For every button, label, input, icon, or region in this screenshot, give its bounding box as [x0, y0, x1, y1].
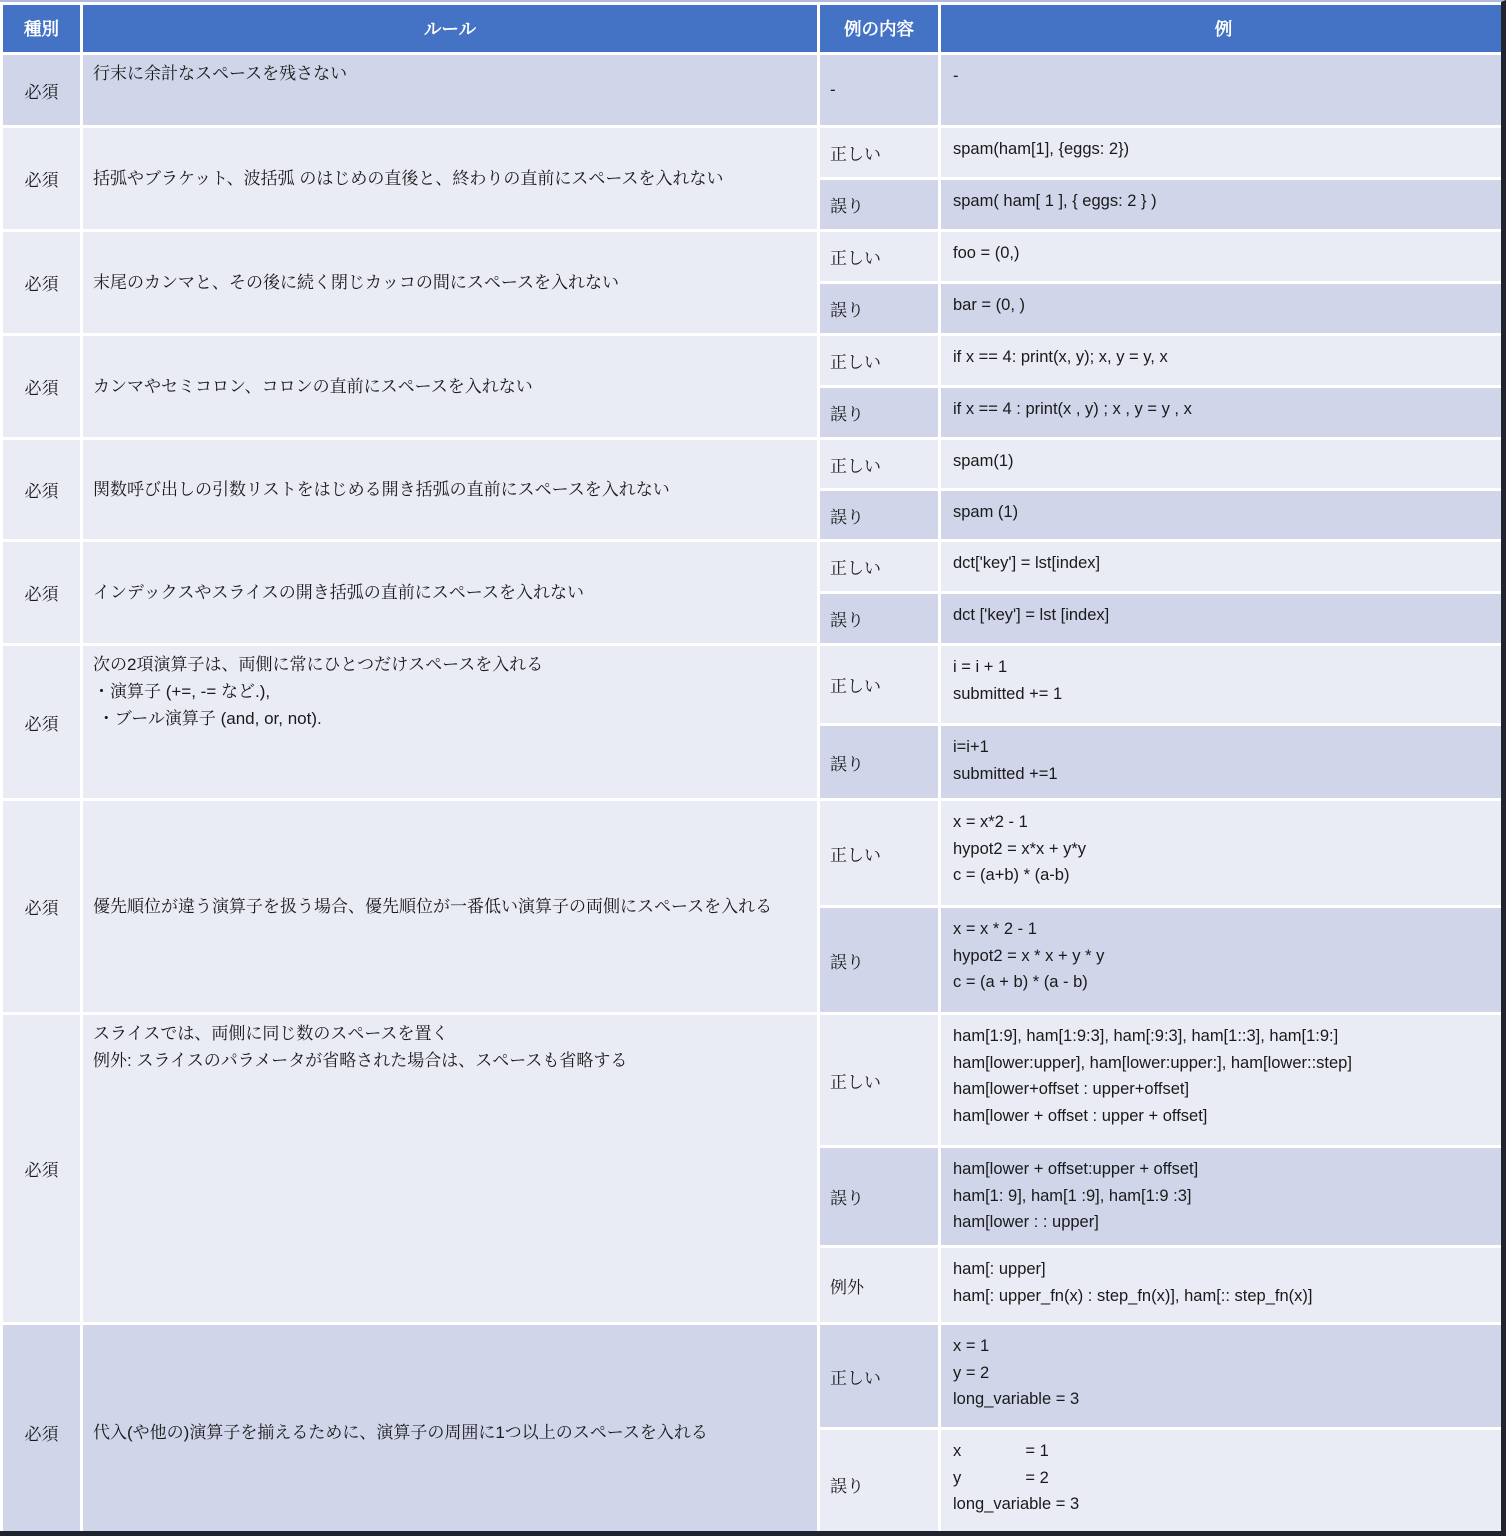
rule-cell: 次の2項演算子は、両側に常にひとつだけスペースを入れる ・演算子 (+=, -=…	[82, 645, 819, 800]
example-code-cell: dct['key'] = lst[index]	[940, 541, 1506, 593]
example-label-cell: 正しい	[819, 439, 940, 490]
example-label-cell: 誤り	[819, 1147, 940, 1247]
example-label-cell: 正しい	[819, 127, 940, 179]
rule-cell: 末尾のカンマと、その後に続く閉じカッコの間にスペースを入れない	[82, 231, 819, 335]
table-row: 必須 次の2項演算子は、両側に常にひとつだけスペースを入れる ・演算子 (+=,…	[2, 645, 1506, 725]
type-cell: 必須	[2, 439, 82, 541]
rule-cell: スライスでは、両側に同じ数のスペースを置く 例外: スライスのパラメータが省略さ…	[82, 1014, 819, 1324]
example-code-cell: x = x*2 - 1 hypot2 = x*x + y*y c = (a+b)…	[940, 800, 1506, 907]
example-label-cell: 誤り	[819, 907, 940, 1014]
style-rules-table: 種別 ルール 例の内容 例 必須 行末に余計なスペースを残さない - - 必須 …	[0, 2, 1506, 1536]
example-code-cell: foo = (0,)	[940, 231, 1506, 283]
example-code-cell: bar = (0, )	[940, 283, 1506, 335]
table-row: 必須 インデックスやスライスの開き括弧の直前にスペースを入れない 正しい dct…	[2, 541, 1506, 593]
example-code-cell: if x == 4 : print(x , y) ; x , y = y , x	[940, 387, 1506, 439]
example-code-cell: ham[1:9], ham[1:9:3], ham[:9:3], ham[1::…	[940, 1014, 1506, 1147]
rule-cell: カンマやセミコロン、コロンの直前にスペースを入れない	[82, 335, 819, 439]
example-code-cell: dct ['key'] = lst [index]	[940, 593, 1506, 645]
table-row: 必須 関数呼び出しの引数リストをはじめる開き括弧の直前にスペースを入れない 正し…	[2, 439, 1506, 490]
example-code-cell: ham[lower + offset:upper + offset] ham[1…	[940, 1147, 1506, 1247]
type-cell: 必須	[2, 127, 82, 231]
table-row: 必須 優先順位が違う演算子を扱う場合、優先順位が一番低い演算子の両側にスペースを…	[2, 800, 1506, 907]
type-cell: 必須	[2, 1014, 82, 1324]
table-row: 必須 括弧やブラケット、波括弧 のはじめの直後と、終わりの直前にスペースを入れな…	[2, 127, 1506, 179]
table-row: 必須 スライスでは、両側に同じ数のスペースを置く 例外: スライスのパラメータが…	[2, 1014, 1506, 1147]
table-row: 必須 行末に余計なスペースを残さない - -	[2, 54, 1506, 127]
header-example-kind: 例の内容	[819, 4, 940, 54]
example-label-cell: 正しい	[819, 1324, 940, 1429]
example-label-cell: -	[819, 54, 940, 127]
header-type: 種別	[2, 4, 82, 54]
table-row: 必須 代入(や他の)演算子を揃えるために、演算子の周囲に1つ以上のスペースを入れ…	[2, 1324, 1506, 1429]
type-cell: 必須	[2, 335, 82, 439]
example-label-cell: 正しい	[819, 1014, 940, 1147]
example-code-cell: if x == 4: print(x, y); x, y = y, x	[940, 335, 1506, 387]
example-label-cell: 正しい	[819, 231, 940, 283]
style-rules-table-page: 種別 ルール 例の内容 例 必須 行末に余計なスペースを残さない - - 必須 …	[0, 0, 1506, 1536]
header-example: 例	[940, 4, 1506, 54]
rule-cell: 行末に余計なスペースを残さない	[82, 54, 819, 127]
type-cell: 必須	[2, 541, 82, 645]
type-cell: 必須	[2, 800, 82, 1014]
type-cell: 必須	[2, 1324, 82, 1536]
example-label-cell: 誤り	[819, 283, 940, 335]
example-code-cell: -	[940, 54, 1506, 127]
example-code-cell: x = 1 y = 2 long_variable = 3	[940, 1324, 1506, 1429]
header-row: 種別 ルール 例の内容 例	[2, 4, 1506, 54]
example-code-cell: i=i+1 submitted +=1	[940, 725, 1506, 800]
example-label-cell: 正しい	[819, 335, 940, 387]
example-label-cell: 正しい	[819, 541, 940, 593]
rule-cell: 代入(や他の)演算子を揃えるために、演算子の周囲に1つ以上のスペースを入れる	[82, 1324, 819, 1536]
example-label-cell: 誤り	[819, 725, 940, 800]
example-code-cell: x = x * 2 - 1 hypot2 = x * x + y * y c =…	[940, 907, 1506, 1014]
rule-cell: 優先順位が違う演算子を扱う場合、優先順位が一番低い演算子の両側にスペースを入れる	[82, 800, 819, 1014]
example-label-cell: 誤り	[819, 387, 940, 439]
example-label-cell: 正しい	[819, 800, 940, 907]
example-code-cell: ham[: upper] ham[: upper_fn(x) : step_fn…	[940, 1247, 1506, 1324]
example-code-cell: spam (1)	[940, 490, 1506, 541]
example-label-cell: 正しい	[819, 645, 940, 725]
rule-cell: 関数呼び出しの引数リストをはじめる開き括弧の直前にスペースを入れない	[82, 439, 819, 541]
example-label-cell: 誤り	[819, 179, 940, 231]
type-cell: 必須	[2, 54, 82, 127]
example-code-cell: i = i + 1 submitted += 1	[940, 645, 1506, 725]
example-code-cell: spam(ham[1], {eggs: 2})	[940, 127, 1506, 179]
table-row: 必須 カンマやセミコロン、コロンの直前にスペースを入れない 正しい if x =…	[2, 335, 1506, 387]
header-rule: ルール	[82, 4, 819, 54]
example-label-cell: 誤り	[819, 1429, 940, 1536]
example-code-cell: x = 1 y = 2 long_variable = 3	[940, 1429, 1506, 1536]
type-cell: 必須	[2, 231, 82, 335]
example-code-cell: spam(1)	[940, 439, 1506, 490]
rule-cell: 括弧やブラケット、波括弧 のはじめの直後と、終わりの直前にスペースを入れない	[82, 127, 819, 231]
example-code-cell: spam( ham[ 1 ], { eggs: 2 } )	[940, 179, 1506, 231]
example-label-cell: 例外	[819, 1247, 940, 1324]
type-cell: 必須	[2, 645, 82, 800]
rule-cell: インデックスやスライスの開き括弧の直前にスペースを入れない	[82, 541, 819, 645]
example-label-cell: 誤り	[819, 593, 940, 645]
example-label-cell: 誤り	[819, 490, 940, 541]
table-row: 必須 末尾のカンマと、その後に続く閉じカッコの間にスペースを入れない 正しい f…	[2, 231, 1506, 283]
